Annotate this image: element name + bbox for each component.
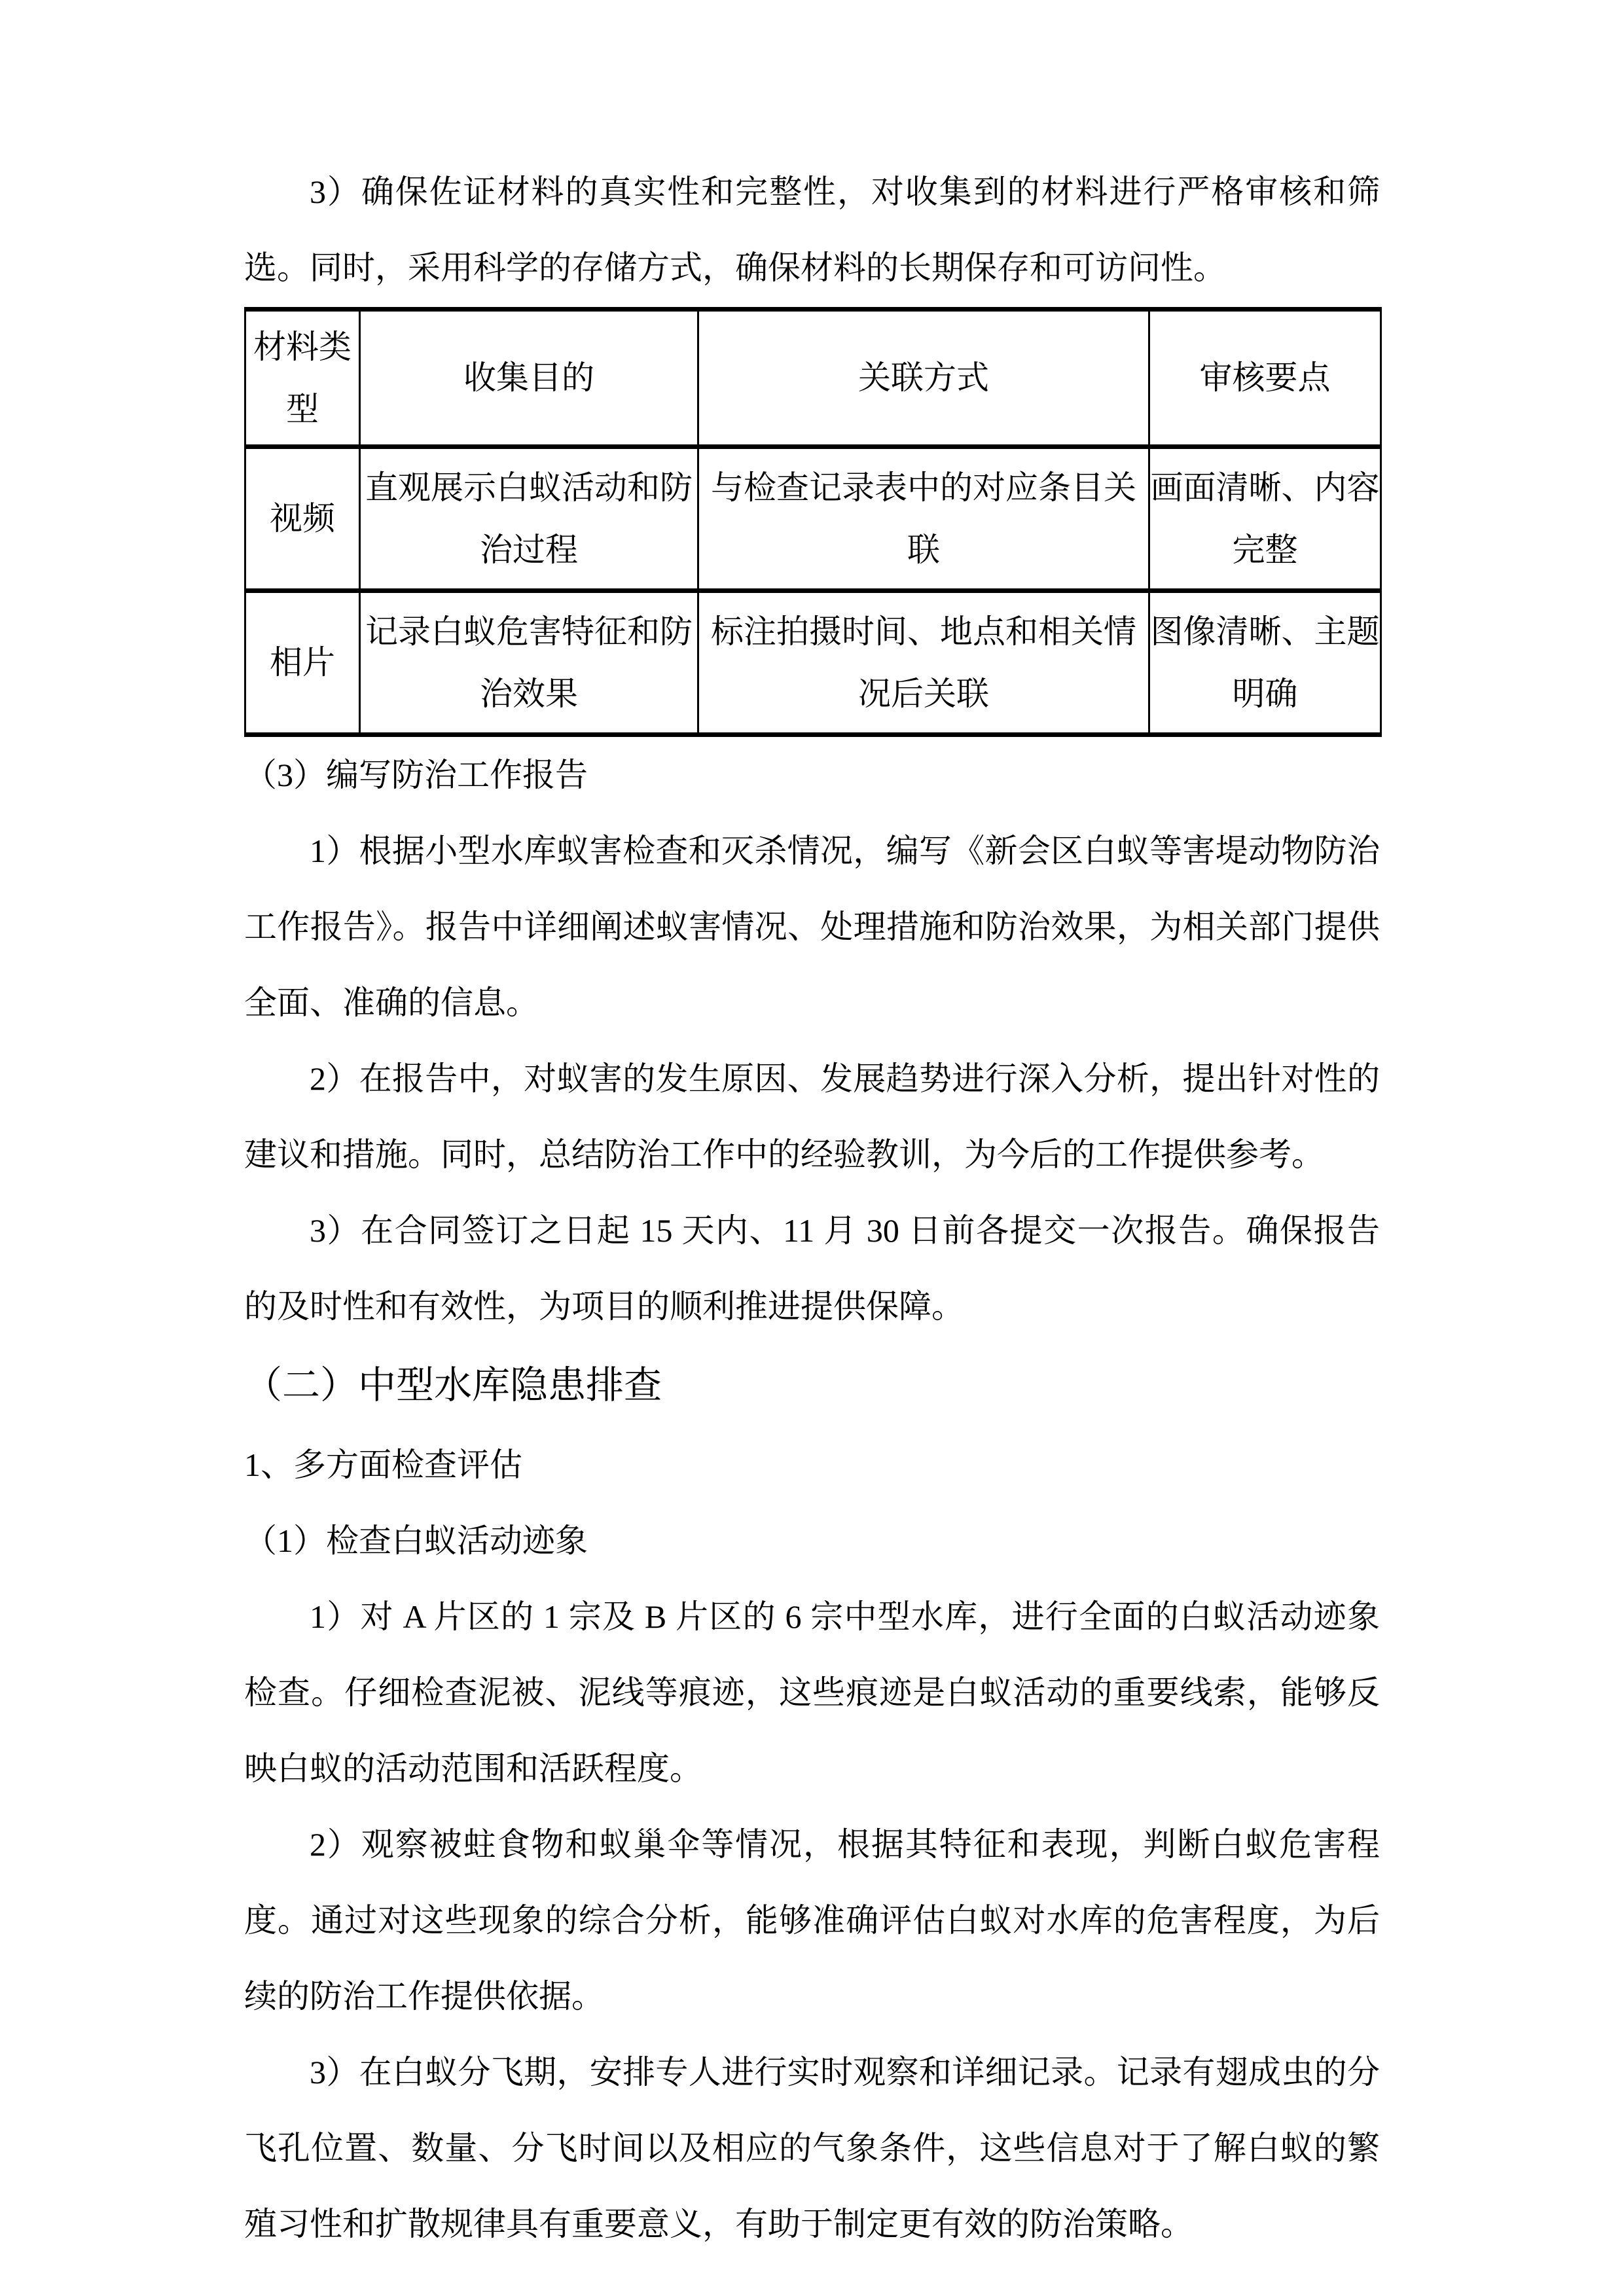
section3-item-2: 2）在报告中，对蚁害的发生原因、发展趋势进行深入分析，提出针对性的建议和措施。同… (244, 1041, 1380, 1193)
header-material-type: 材料类型 (245, 310, 360, 447)
sub1-heading: 1、多方面检查评估 (244, 1427, 1380, 1503)
sub1-1-item-1: 1）对 A 片区的 1 宗及 B 片区的 6 宗中型水库，进行全面的白蚁活动迹象… (244, 1579, 1380, 1806)
intro-paragraph: 3）确保佐证材料的真实性和完整性，对收集到的材料进行严格审核和筛选。同时，采用科… (244, 154, 1380, 306)
cell-photo-type: 相片 (245, 591, 360, 735)
cell-photo-association: 标注拍摄时间、地点和相关情况后关联 (698, 591, 1149, 735)
cell-video-review: 画面清晰、内容完整 (1149, 447, 1381, 591)
header-association-method: 关联方式 (698, 310, 1149, 447)
table-header-row: 材料类型 收集目的 关联方式 审核要点 (245, 310, 1381, 447)
cell-photo-review: 图像清晰、主题明确 (1149, 591, 1381, 735)
section3-item-1: 1）根据小型水库蚁害检查和灭杀情况，编写《新会区白蚁等害堤动物防治工作报告》。报… (244, 813, 1380, 1041)
header-collection-purpose: 收集目的 (360, 310, 698, 447)
section2-heading: （二）中型水库隐患排查 (244, 1344, 1380, 1427)
header-review-points: 审核要点 (1149, 310, 1381, 447)
document-page: 3）确保佐证材料的真实性和完整性，对收集到的材料进行严格审核和筛选。同时，采用科… (0, 0, 1624, 2296)
materials-table: 材料类型 收集目的 关联方式 审核要点 视频 直观展示白蚁活动和防治过程 与检查… (244, 307, 1382, 737)
cell-video-association: 与检查记录表中的对应条目关联 (698, 447, 1149, 591)
cell-video-type: 视频 (245, 447, 360, 591)
cell-video-purpose: 直观展示白蚁活动和防治过程 (360, 447, 698, 591)
section3-heading: （3）编写防治工作报告 (244, 737, 1380, 813)
sub1-1-item-3: 3）在白蚁分飞期，安排专人进行实时观察和详细记录。记录有翅成虫的分飞孔位置、数量… (244, 2034, 1380, 2262)
section3-item-3: 3）在合同签订之日起 15 天内、11 月 30 日前各提交一次报告。确保报告的… (244, 1193, 1380, 1344)
sub1-1-item-2: 2）观察被蛀食物和蚁巢伞等情况，根据其特征和表现，判断白蚁危害程度。通过对这些现… (244, 1806, 1380, 2034)
cell-photo-purpose: 记录白蚁危害特征和防治效果 (360, 591, 698, 735)
table-row-video: 视频 直观展示白蚁活动和防治过程 与检查记录表中的对应条目关联 画面清晰、内容完… (245, 447, 1381, 591)
table-row-photo: 相片 记录白蚁危害特征和防治效果 标注拍摄时间、地点和相关情况后关联 图像清晰、… (245, 591, 1381, 735)
sub1-1-heading: （1）检查白蚁活动迹象 (244, 1503, 1380, 1579)
